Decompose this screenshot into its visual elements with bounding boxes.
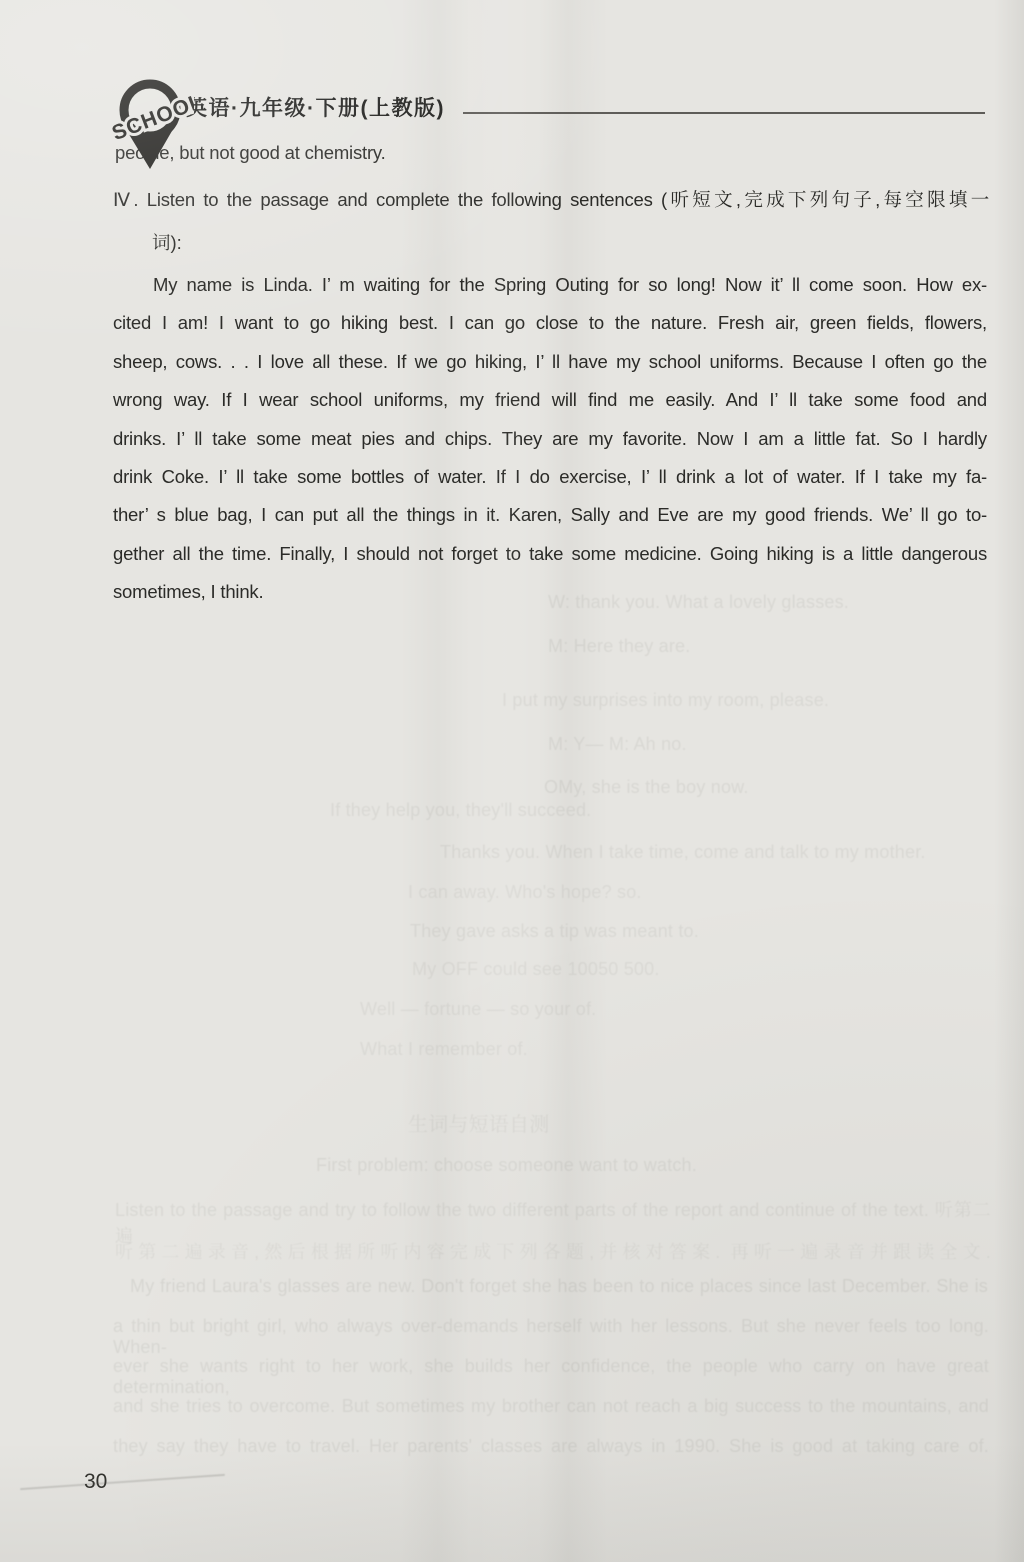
passage-line: gether all the time. Finally, I should n… [113, 535, 987, 573]
ghost-text-line: Well — fortune — so your of. [360, 999, 596, 1020]
ghost-text-line: M: Here they are. [548, 636, 690, 657]
ghost-text-line: they say they have to travel. Her parent… [113, 1436, 989, 1457]
location-pin-icon: SCHOOL [102, 72, 194, 172]
ghost-text-line: and she tries to overcome. But sometimes… [113, 1396, 989, 1417]
ghost-text-line: Thanks you. When I take time, come and t… [440, 842, 926, 863]
page-number: 30 [84, 1470, 107, 1494]
page-header-title: 英语·九年级·下册(上教版) [186, 92, 445, 122]
passage-line: sheep, cows. . . I love all these. If we… [113, 343, 987, 381]
ghost-text-line: What I remember of. [360, 1039, 528, 1060]
ghost-text-line: Listen to the passage and try to follow … [115, 1196, 991, 1248]
ghost-text-line: I put my surprises into my room, please. [502, 690, 829, 711]
ghost-text-line: M: Y— M: Ah no. [548, 734, 687, 755]
school-logo: SCHOOL [102, 72, 194, 177]
ghost-text-line: If they help you, they'll succeed. [330, 800, 591, 821]
ghost-text-line: ever she wants right to her work, she bu… [113, 1356, 989, 1398]
ghost-text-line: I can away. Who's hope? so. [408, 882, 642, 903]
ghost-text-line: My OFF could see 10050 500. [412, 959, 660, 980]
passage-line: My name is Linda. I’ m waiting for the S… [113, 266, 987, 304]
passage-line: ther’ s blue bag, I can put all the thin… [113, 496, 987, 534]
scanned-textbook-page: W: thank you. What a lovely glasses.M: H… [0, 0, 1024, 1562]
ghost-text-line: They gave asks a tip was meant to. [410, 921, 699, 942]
passage-last-line: sometimes, I think. [113, 573, 263, 611]
ghost-text-line: a thin but bright girl, who always over-… [113, 1316, 989, 1358]
passage-line: drinks. I’ ll take some meat pies and ch… [113, 420, 987, 458]
ghost-text-line: OMy, she is the boy now. [544, 777, 749, 798]
passage-line: cited I am! I want to go hiking best. I … [113, 304, 987, 342]
ghost-text-line: 生词与短语自测 [408, 1108, 549, 1137]
carryover-sentence: people, but not good at chemistry. [115, 142, 989, 164]
listening-passage: My name is Linda. I’ m waiting for the S… [113, 266, 987, 573]
section-heading-line1: Ⅳ. Listen to the passage and complete th… [113, 186, 989, 212]
ghost-text-line: 听第二遍录音,然后根据所听内容完成下列各题,并核对答案. 再听一遍录音并跟读全文… [115, 1238, 991, 1264]
passage-line: drink Coke. I’ ll take some bottles of w… [113, 458, 987, 496]
section-heading-line2: 词): [152, 229, 182, 255]
ghost-text-line: First problem: choose someone want to wa… [316, 1155, 697, 1176]
ghost-text-line: My friend Laura's glasses are new. Don't… [130, 1276, 988, 1297]
paper-crease-line [20, 1474, 225, 1490]
header-rule-line [463, 112, 985, 114]
ghost-text-line: W: thank you. What a lovely glasses. [548, 592, 849, 613]
passage-line: wrong way. If I wear school uniforms, my… [113, 381, 987, 419]
